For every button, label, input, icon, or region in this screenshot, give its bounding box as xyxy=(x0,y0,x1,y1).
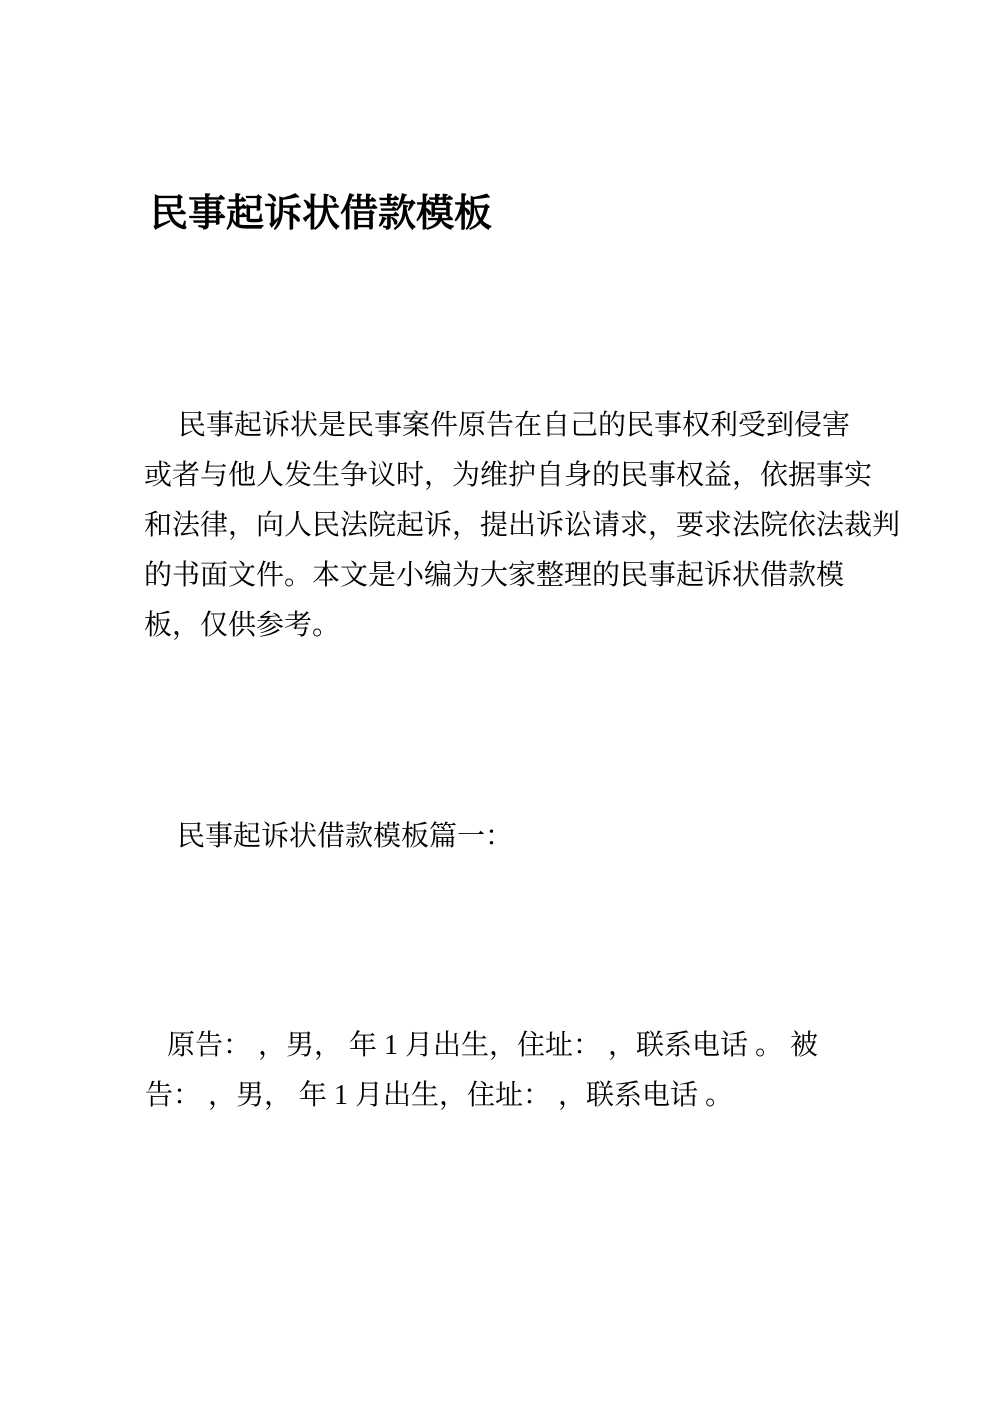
section-heading: 民事起诉状借款模板篇一： xyxy=(144,812,860,862)
intro-line: 或者与他人发生争议时，为维护自身的民事权益，依据事实 xyxy=(144,451,860,501)
document-page: 民事起诉状借款模板 民事起诉状是民事案件原告在自己的民事权利受到侵害 或者与他人… xyxy=(0,0,993,1404)
intro-line: 民事起诉状是民事案件原告在自己的民事权利受到侵害 xyxy=(144,401,860,451)
document-title: 民事起诉状借款模板 xyxy=(150,190,492,238)
section-heading-text: 民事起诉状借款模板篇一： xyxy=(144,812,860,862)
party-line: 告： ，男， 年 1 月出生，住址： ，联系电话 。 xyxy=(145,1071,861,1121)
party-line: 原告： ，男， 年 1 月出生，住址： ，联系电话 。 被 xyxy=(145,1021,861,1071)
intro-line: 和法律，向人民法院起诉，提出诉讼请求，要求法院依法裁判 xyxy=(144,501,860,551)
intro-paragraph: 民事起诉状是民事案件原告在自己的民事权利受到侵害 或者与他人发生争议时，为维护自… xyxy=(144,401,860,651)
party-paragraph: 原告： ，男， 年 1 月出生，住址： ，联系电话 。 被 告： ，男， 年 1… xyxy=(145,1021,861,1121)
intro-line: 板，仅供参考。 xyxy=(144,601,860,651)
intro-line: 的书面文件。本文是小编为大家整理的民事起诉状借款模 xyxy=(144,551,860,601)
